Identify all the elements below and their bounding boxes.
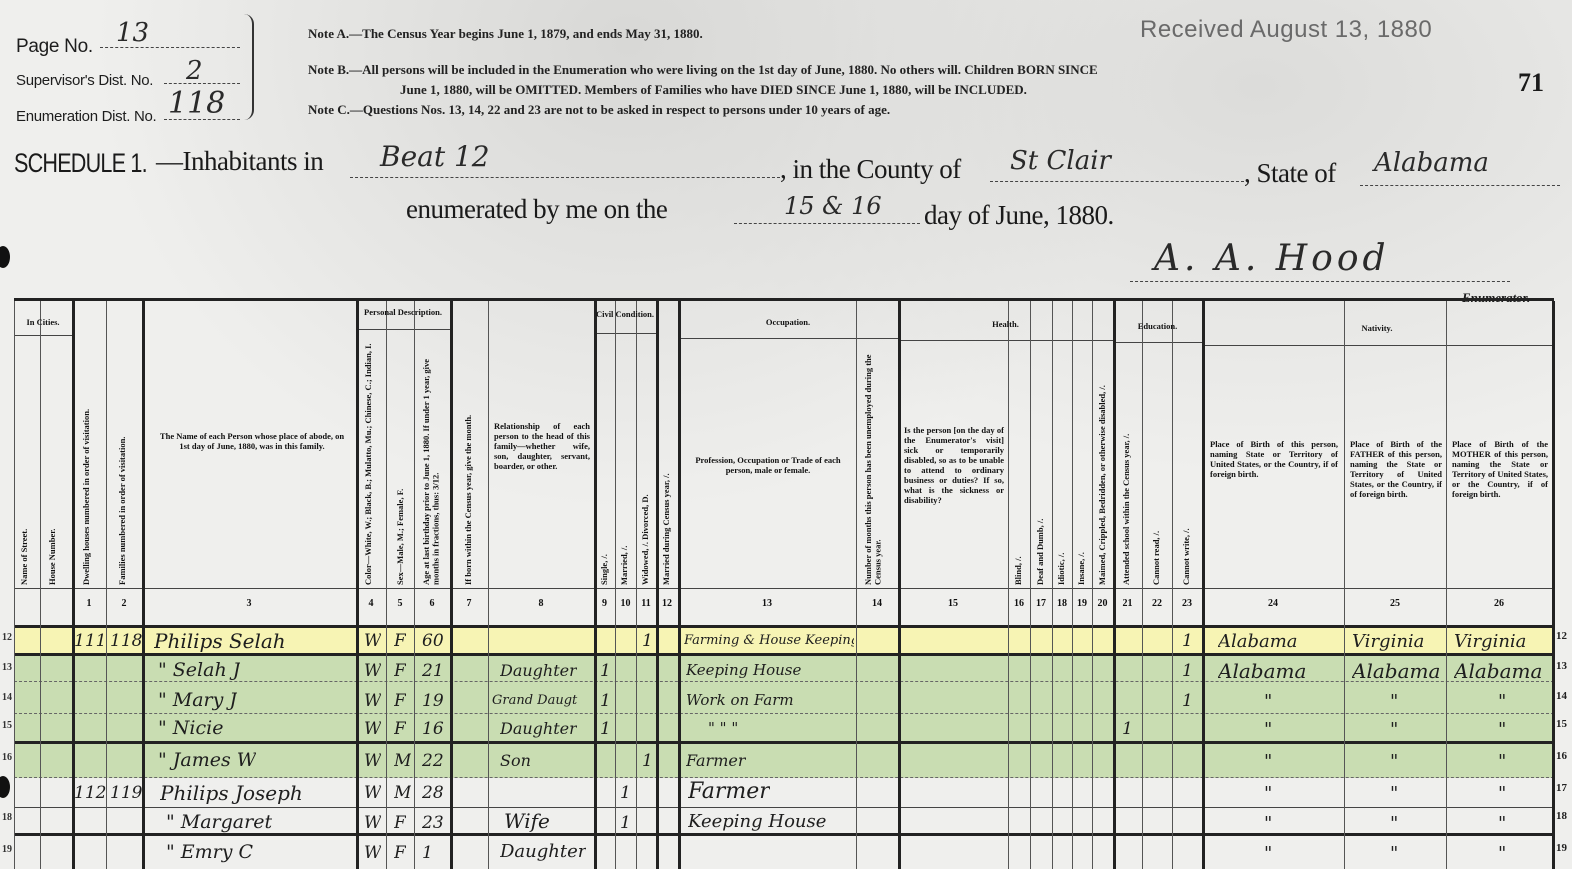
father-birthplace: " xyxy=(1390,813,1398,834)
col-number: 12 xyxy=(656,598,678,609)
group-header-occupation: Occupation. xyxy=(678,317,898,327)
widowed-mark: 1 xyxy=(642,751,653,771)
col-header-9: Single, /. xyxy=(600,521,610,585)
single-mark: 1 xyxy=(600,661,611,681)
person-name: " Emry C xyxy=(166,841,253,863)
mother-birthplace: Virginia xyxy=(1454,631,1526,652)
col-header-21: Attended school within the Census year, … xyxy=(1122,387,1132,585)
col-number: 14 xyxy=(856,598,898,609)
col-header-2: Families numbered in order of visitation… xyxy=(118,397,128,585)
mother-birthplace: " xyxy=(1498,719,1506,740)
dwelling-number: 111 xyxy=(74,631,106,651)
stamp-page-number: 71 xyxy=(1518,68,1544,98)
relationship: Daughter xyxy=(500,841,586,862)
group-header-civil-condition: Civil Condition. xyxy=(594,309,656,319)
father-birthplace: " xyxy=(1390,719,1398,740)
day-of-june-label: day of June, 1880. xyxy=(924,200,1114,231)
col-number: 2 xyxy=(106,598,142,609)
relationship: Son xyxy=(500,751,531,770)
col-header-13: Profession, Occupation or Trade of each … xyxy=(686,455,850,475)
cannot-write-mark: 1 xyxy=(1182,661,1193,681)
birthplace: " xyxy=(1264,843,1272,864)
mother-birthplace: Alabama xyxy=(1454,659,1542,683)
color: W xyxy=(364,719,381,739)
col-header-6: Age at last birthday prior to June 1, 18… xyxy=(422,337,446,585)
col-header-11: Widowed, /. Divorced, D. xyxy=(641,451,651,585)
col-header-26: Place of Birth of the MOTHER of this per… xyxy=(1452,439,1548,499)
group-header-education: Education. xyxy=(1113,321,1202,331)
relationship: Daughter xyxy=(500,661,577,680)
single-mark: 1 xyxy=(600,719,611,739)
cannot-write-mark: 1 xyxy=(1182,631,1193,651)
county-value: St Clair xyxy=(990,146,1244,182)
line-number: 18 xyxy=(1556,810,1567,822)
father-birthplace: " xyxy=(1390,783,1398,804)
father-birthplace: Virginia xyxy=(1352,631,1424,652)
state-value: Alabama xyxy=(1360,148,1560,186)
color: W xyxy=(364,691,381,711)
age: 28 xyxy=(422,783,444,803)
sex: F xyxy=(394,691,406,711)
col-number: 26 xyxy=(1446,598,1552,609)
person-name: Philips Selah xyxy=(154,629,286,653)
age: 21 xyxy=(422,661,444,681)
col-number: 1 xyxy=(72,598,106,609)
col-number: 3 xyxy=(142,598,356,609)
relationship: Wife xyxy=(504,809,550,833)
group-header-personal-description: Personal Description. xyxy=(356,307,450,317)
birthplace: " xyxy=(1264,751,1272,772)
mother-birthplace: " xyxy=(1498,813,1506,834)
group-header-nativity: Nativity. xyxy=(1202,323,1552,333)
enumeration-dist-value: 118 xyxy=(164,86,240,120)
col-number: 21 xyxy=(1113,598,1142,609)
col-header-20: Maimed, Crippled, Bedridden, or otherwis… xyxy=(1098,343,1108,585)
group-header-in-cities: In Cities. xyxy=(14,317,72,327)
col-header-house-number: House Number. xyxy=(48,501,58,585)
color: W xyxy=(364,843,381,863)
color: W xyxy=(364,631,381,651)
line-number: 14 xyxy=(1556,690,1567,702)
note-b-line2: June 1, 1880, will be OMITTED. Members o… xyxy=(400,82,1027,98)
age: 19 xyxy=(422,691,444,711)
col-header-12: Married during Census year, /. xyxy=(662,431,672,585)
received-stamp: Received August 13, 1880 xyxy=(1140,16,1432,44)
inhabitants-label: —Inhabitants in xyxy=(156,146,323,177)
father-birthplace: " xyxy=(1390,751,1398,772)
punch-hole xyxy=(0,246,10,268)
occupation: Work on Farm xyxy=(686,691,794,709)
widowed-mark: 1 xyxy=(642,631,653,651)
col-number: 18 xyxy=(1052,598,1072,609)
father-birthplace: " xyxy=(1390,691,1398,712)
person-name: " Margaret xyxy=(166,811,272,833)
occupation: " " " xyxy=(708,719,738,737)
page-no-label: Page No. xyxy=(16,36,93,58)
line-number-left: 18 xyxy=(2,812,12,823)
col-number: 4 xyxy=(356,598,386,609)
line-number-left: 15 xyxy=(2,720,12,731)
line-number-left: 13 xyxy=(2,662,12,673)
color: W xyxy=(364,751,381,771)
group-header-health: Health. xyxy=(898,319,1113,329)
col-header-16: Blind, /. xyxy=(1014,531,1024,585)
col-number: 9 xyxy=(594,598,615,609)
col-header-24: Place of Birth of this person, naming St… xyxy=(1210,439,1338,479)
occupation: Farmer xyxy=(686,751,746,770)
line-number: 16 xyxy=(1556,750,1567,762)
col-header-3: The Name of each Person whose place of a… xyxy=(154,431,350,451)
line-number: 13 xyxy=(1556,660,1567,672)
punch-hole xyxy=(0,776,10,798)
line-number-left: 14 xyxy=(2,692,12,703)
col-number: 23 xyxy=(1172,598,1202,609)
col-header-7: If born within the Census year, give the… xyxy=(464,365,474,585)
enumerated-label: enumerated by me on the xyxy=(406,194,667,225)
col-header-8: Relationship of each person to the head … xyxy=(494,421,590,471)
col-number: 10 xyxy=(615,598,636,609)
col-number: 8 xyxy=(488,598,594,609)
sex: M xyxy=(394,783,411,803)
age: 60 xyxy=(422,631,444,651)
age: 22 xyxy=(422,751,444,771)
col-number: 5 xyxy=(386,598,414,609)
note-b-line1: Note B.—All persons will be included in … xyxy=(308,62,1098,78)
sex: F xyxy=(394,813,406,833)
occupation: Farming & House Keeping xyxy=(684,633,854,648)
occupation: Farmer xyxy=(688,779,770,804)
mother-birthplace: " xyxy=(1498,691,1506,712)
col-number: 22 xyxy=(1142,598,1172,609)
dwelling-number: 112 xyxy=(74,783,106,803)
state-label: , State of xyxy=(1244,158,1336,189)
color: W xyxy=(364,813,381,833)
person-name: " James W xyxy=(158,749,256,771)
relationship: Daughter xyxy=(500,719,577,738)
note-a: Note A.—The Census Year begins June 1, 1… xyxy=(308,26,703,42)
age: 23 xyxy=(422,813,444,833)
sex: F xyxy=(394,719,406,739)
col-header-23: Cannot write, /. xyxy=(1182,511,1192,585)
age: 16 xyxy=(422,719,444,739)
county-label: , in the County of xyxy=(780,154,961,185)
schedule-title: SCHEDULE 1. xyxy=(14,148,147,179)
color: W xyxy=(364,783,381,803)
sex: F xyxy=(394,843,406,863)
col-header-14: Number of months this person has been un… xyxy=(864,341,888,585)
line-number-left: 16 xyxy=(2,752,12,763)
col-header-4: Color—White, W.; Black, B.; Mulatto, Mu.… xyxy=(364,337,386,585)
person-name: " Selah J xyxy=(158,659,240,681)
col-number: 25 xyxy=(1344,598,1446,609)
col-header-22: Cannot read, /. xyxy=(1152,511,1162,585)
col-header-10: Married, /. xyxy=(620,521,630,585)
col-header-25: Place of Birth of the FATHER of this per… xyxy=(1350,439,1442,499)
mother-birthplace: " xyxy=(1498,783,1506,804)
person-name: " Nicie xyxy=(158,717,223,739)
page-no-value: 13 xyxy=(100,18,240,48)
relationship: Grand Daugt xyxy=(492,693,592,708)
enumerator-signature: A. A. Hood xyxy=(1130,238,1510,282)
census-table: In Cities. Personal Description. Civil C… xyxy=(14,298,1554,869)
col-number: 20 xyxy=(1092,598,1113,609)
father-birthplace: Alabama xyxy=(1352,659,1440,683)
col-header-1: Dwelling houses numbered in order of vis… xyxy=(82,365,92,585)
cannot-write-mark: 1 xyxy=(1182,691,1193,711)
col-number: 24 xyxy=(1202,598,1344,609)
col-number: 11 xyxy=(636,598,656,609)
family-number: 118 xyxy=(110,631,142,651)
color: W xyxy=(364,661,381,681)
header-brace xyxy=(240,14,254,120)
note-c: Note C.—Questions Nos. 13, 14, 22 and 23… xyxy=(308,102,890,118)
enumerated-date-value: 15 & 16 xyxy=(734,192,920,224)
married-mark: 1 xyxy=(620,783,631,803)
birthplace: " xyxy=(1264,691,1272,712)
line-number-left: 19 xyxy=(2,844,12,855)
enumeration-dist-label: Enumeration Dist. No. xyxy=(16,108,156,125)
birthplace: Alabama xyxy=(1218,659,1306,683)
supervisor-dist-label: Supervisor's Dist. No. xyxy=(16,72,153,89)
line-number: 15 xyxy=(1556,718,1567,730)
col-header-5: Sex—Male, M.; Female, F. xyxy=(396,451,406,585)
single-mark: 1 xyxy=(600,691,611,711)
col-number: 13 xyxy=(678,598,856,609)
col-header-18: Idiotic, /. xyxy=(1057,531,1067,585)
inhabitants-value: Beat 12 xyxy=(350,140,780,178)
age: 1 xyxy=(422,843,433,863)
person-name: Philips Joseph xyxy=(160,781,303,805)
line-number: 12 xyxy=(1556,630,1567,642)
col-number: 15 xyxy=(898,598,1008,609)
mother-birthplace: " xyxy=(1498,843,1506,864)
col-header-street: Name of Street. xyxy=(20,501,30,585)
father-birthplace: " xyxy=(1390,843,1398,864)
col-number: 17 xyxy=(1030,598,1052,609)
sex: M xyxy=(394,751,411,771)
col-header-19: Insane, /. xyxy=(1077,531,1087,585)
col-number: 7 xyxy=(450,598,488,609)
sex: F xyxy=(394,661,406,681)
line-number-left: 12 xyxy=(2,632,12,643)
col-header-17: Deaf and Dumb, /. xyxy=(1036,491,1046,585)
birthplace: " xyxy=(1264,813,1272,834)
person-name: " Mary J xyxy=(158,689,237,711)
mother-birthplace: " xyxy=(1498,751,1506,772)
supervisor-dist-value: 2 xyxy=(164,56,240,84)
col-number: 16 xyxy=(1008,598,1030,609)
occupation: Keeping House xyxy=(688,811,826,832)
birthplace: " xyxy=(1264,783,1272,804)
occupation: Keeping House xyxy=(686,661,801,679)
birthplace: " xyxy=(1264,719,1272,740)
col-number: 19 xyxy=(1072,598,1092,609)
married-mark: 1 xyxy=(620,813,631,833)
attended-school-mark: 1 xyxy=(1122,719,1133,739)
sex: F xyxy=(394,631,406,651)
line-number: 19 xyxy=(1556,842,1567,854)
col-header-15: Is the person [on the day of the Enumera… xyxy=(904,425,1004,505)
family-number: 119 xyxy=(110,783,142,803)
birthplace: Alabama xyxy=(1218,631,1298,652)
col-number: 6 xyxy=(414,598,450,609)
line-number: 17 xyxy=(1556,782,1567,794)
